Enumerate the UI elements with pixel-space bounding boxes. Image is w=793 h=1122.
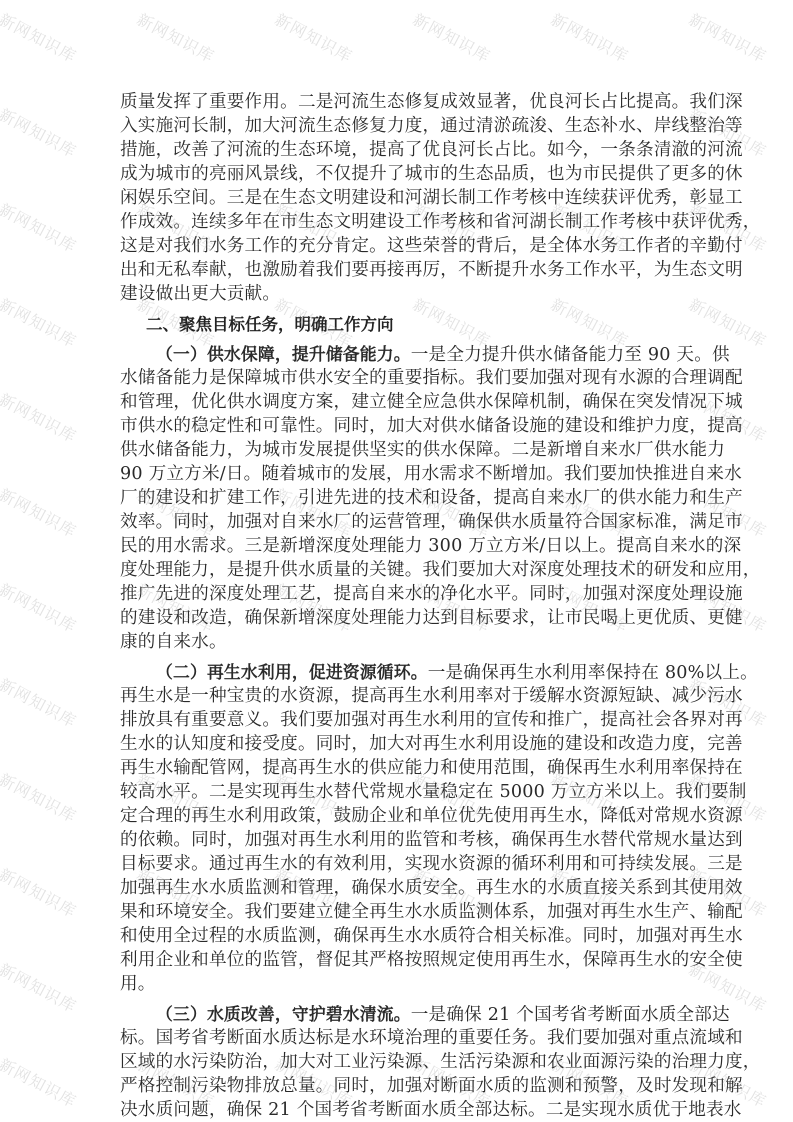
text-line: 作成效。连续多年在市生态文明建设工作考核和省河湖长制工作考核中获评优秀， [120, 210, 676, 234]
text-line: 严格控制污染物排放总量。同时，加强对断面水质的监测和预警，及时发现和解 [120, 1074, 676, 1098]
watermark-text: 新网知识库 [0, 7, 81, 67]
paragraph-water-supply: （一）供水保障，提升储备能力。一是全力提升供水储备能力至 90 天。供 水储备能… [120, 342, 676, 654]
text-line: 较高水平。二是实现再生水替代常规水量稳定在 5000 万立方米以上。我们要制 [120, 780, 676, 804]
watermark-text: 新网知识库 [133, 7, 219, 67]
subsection-title: （三）水质改善，守护碧水清流。 [156, 1004, 411, 1024]
text-line: 水储备能力是保障城市供水安全的重要指标。我们要加强对现有水源的合理调配 [120, 366, 676, 390]
text-line: 度处理能力，是提升供水质量的关键。我们要加大对深度处理技术的研发和应用， [120, 558, 676, 582]
text-line: 用。 [120, 972, 676, 996]
text-run: 一是全力提升供水储备能力至 90 天。供 [411, 345, 730, 365]
text-line: 和管理，优化供水调度方案，建立健全应急供水保障机制，确保在突发情况下城 [120, 390, 676, 414]
text-line: 加强再生水水质监测和管理，确保水质安全。再生水的水质直接关系到其使用效 [120, 876, 676, 900]
text-line: 效率。同时，加强对自来水厂的运营管理，确保供水质量符合国家标准，满足市 [120, 510, 676, 534]
text-line: 质量发挥了重要作用。二是河流生态修复成效显著，优良河长占比提高。我们深 [120, 90, 676, 114]
text-line: 排放具有重要意义。我们要加强对再生水利用的宣传和推广，提高社会各界对再 [120, 708, 676, 732]
text-line: 推广先进的深度处理工艺，提高自来水的净化水平。同时，加强对深度处理设施 [120, 582, 676, 606]
text-line: （三）水质改善，守护碧水清流。一是确保 21 个国考省考断面水质全部达 [120, 1002, 676, 1026]
text-line: 建设做出更大贡献。 [120, 282, 676, 306]
watermark-text: 新网知识库 [0, 387, 81, 447]
watermark-text: 新网知识库 [0, 862, 81, 922]
document-page: 质量发挥了重要作用。二是河流生态修复成效显著，优良河长占比提高。我们深 入实施河… [120, 90, 676, 1122]
watermark-text: 新网知识库 [0, 1052, 81, 1112]
text-line: 定合理的再生水利用政策，鼓励企业和单位优先使用再生水，降低对常规水资源 [120, 804, 676, 828]
text-line: 果和环境安全。我们要建立健全再生水水质监测体系，加强对再生水生产、输配 [120, 900, 676, 924]
paragraph-water-quality: （三）水质改善，守护碧水清流。一是确保 21 个国考省考断面水质全部达 标。国考… [120, 1002, 676, 1122]
text-run: 一是确保 21 个国考省考断面水质全部达 [411, 1005, 730, 1025]
text-line: 再生水输配管网，提高再生水的供应能力和使用范围，确保再生水利用率保持在 [120, 756, 676, 780]
text-line: 目标要求。通过再生水的有效利用，实现水资源的循环利用和可持续发展。三是 [120, 852, 676, 876]
text-line: 再生水是一种宝贵的水资源，提高再生水利用率对于缓解水资源短缺、减少污水 [120, 684, 676, 708]
watermark-text: 新网知识库 [271, 7, 357, 67]
text-line: 入实施河长制，加大河流生态修复力度，通过清淤疏浚、生态补水、岸线整治等 [120, 114, 676, 138]
subsection-title: （一）供水保障，提升储备能力。 [156, 344, 411, 364]
text-line: 决水质问题，确保 21 个国考省考断面水质全部达标。二是实现水质优于地表水 [120, 1098, 676, 1122]
watermark-text: 新网知识库 [409, 7, 495, 67]
watermark-text: 新网知识库 [0, 767, 81, 827]
text-line: 生水的认知度和接受度。同时，加大对再生水利用设施的建设和改造力度，完善 [120, 732, 676, 756]
text-line: 和使用全过程的水质监测，确保再生水水质符合相关标准。同时，加强对再生水 [120, 924, 676, 948]
watermark-text: 新网知识库 [0, 482, 81, 542]
text-line: 市供水的稳定性和可靠性。同时，加大对供水储备设施的建设和维护力度，提高 [120, 414, 676, 438]
text-line: 厂的建设和扩建工作，引进先进的技术和设备，提高自来水厂的供水能力和生产 [120, 486, 676, 510]
text-line: 区域的水污染防治，加大对工业污染源、生活污染源和农业面源污染的治理力度， [120, 1050, 676, 1074]
text-line: 的依赖。同时，加强对再生水利用的监管和考核，确保再生水替代常规水量达到 [120, 828, 676, 852]
text-line: （一）供水保障，提升储备能力。一是全力提升供水储备能力至 90 天。供 [120, 342, 676, 366]
text-line: 90 万立方米/日。随着城市的发展，用水需求不断增加。我们要加快推进自来水 [120, 462, 676, 486]
text-line: 这是对我们水务工作的充分肯定。这些荣誉的背后，是全体水务工作者的辛勤付 [120, 234, 676, 258]
watermark-text: 新网知识库 [0, 292, 81, 352]
text-line: 出和无私奉献，也激励着我们要再接再厉，不断提升水务工作水平，为生态文明 [120, 258, 676, 282]
watermark-text: 新网知识库 [547, 7, 633, 67]
text-line: 标。国考省考断面水质达标是水环境治理的重要任务。我们要加强对重点流域和 [120, 1026, 676, 1050]
text-line: 利用企业和单位的监管，督促其严格按照规定使用再生水，保障再生水的安全使 [120, 948, 676, 972]
text-line: 成为城市的亮丽风景线，不仅提升了城市的生态品质，也为市民提供了更多的休 [120, 162, 676, 186]
watermark-text: 新网知识库 [0, 672, 81, 732]
text-line: 的建设和改造，确保新增深度处理能力达到目标要求，让市民喝上更优质、更健 [120, 606, 676, 630]
text-line: 措施，改善了河流的生态环境，提高了优良河长占比。如今，一条条清澈的河流 [120, 138, 676, 162]
section-heading: 二、聚焦目标任务，明确工作方向 [120, 312, 676, 338]
text-line: 闲娱乐空间。三是在生态文明建设和河湖长制工作考核中连续获评优秀，彰显工 [120, 186, 676, 210]
text-line: 供水储备能力，为城市发展提供坚实的供水保障。二是新增自来水厂供水能力 [120, 438, 676, 462]
paragraph-reclaimed-water: （二）再生水利用，促进资源循环。一是确保再生水利用率保持在 80%以上。 再生水… [120, 660, 676, 996]
watermark-text: 新网知识库 [685, 7, 771, 67]
paragraph-achievements: 质量发挥了重要作用。二是河流生态修复成效显著，优良河长占比提高。我们深 入实施河… [120, 90, 676, 306]
text-line: 民的用水需求。三是新增深度处理能力 300 万立方米/日以上。提高自来水的深 [120, 534, 676, 558]
watermark-text: 新网知识库 [0, 577, 81, 637]
watermark-text: 新网知识库 [0, 197, 81, 257]
text-line: 康的自来水。 [120, 630, 676, 654]
watermark-text: 新网知识库 [0, 102, 81, 162]
text-run: 一是确保再生水利用率保持在 80%以上。 [428, 663, 758, 683]
text-line: （二）再生水利用，促进资源循环。一是确保再生水利用率保持在 80%以上。 [120, 660, 676, 684]
watermark-text: 新网知识库 [0, 957, 81, 1017]
subsection-title: （二）再生水利用，促进资源循环。 [156, 662, 428, 682]
